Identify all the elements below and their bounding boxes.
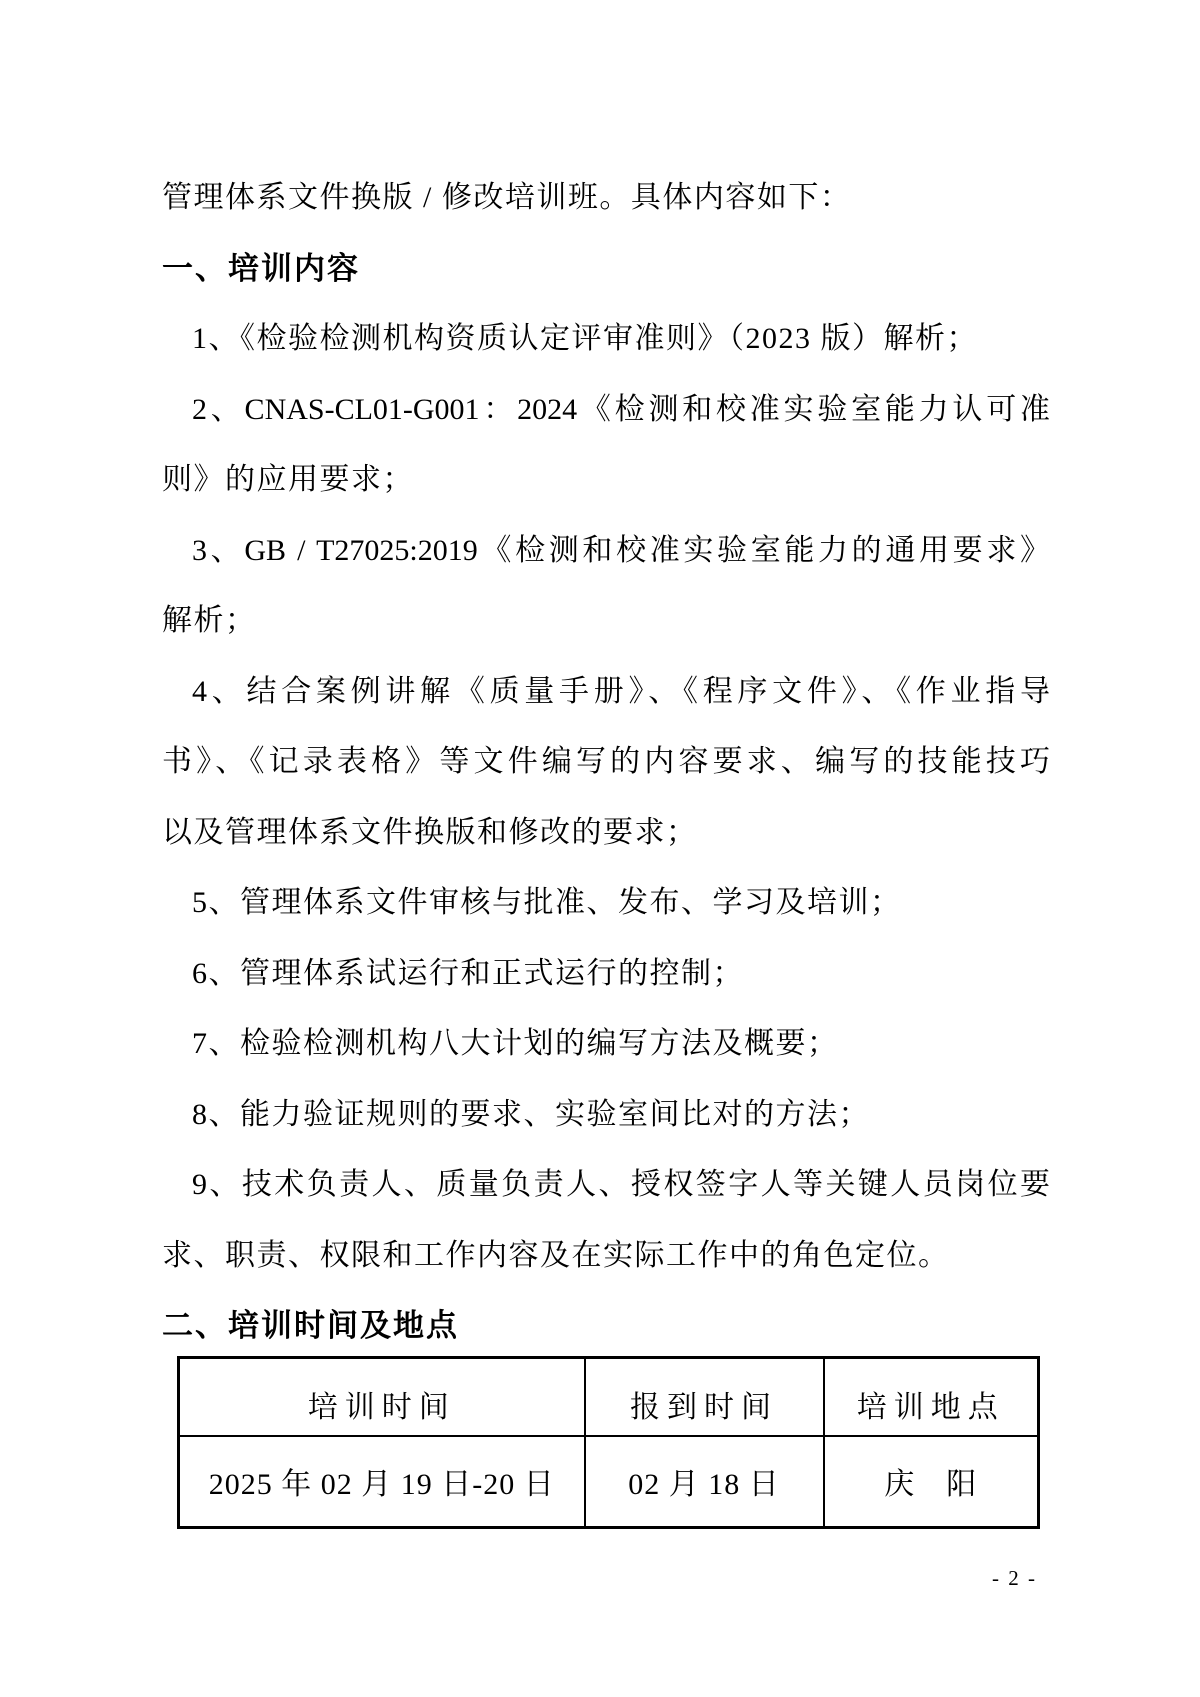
intro-line: 管理体系文件换版 / 修改培训班。具体内容如下： [162, 163, 1050, 234]
schedule-table-data-row: 2025 年 02 月 19 日-20 日 02 月 18 日 庆 阳 [179, 1436, 1039, 1527]
content-line-5: 解析； [162, 586, 1050, 657]
page-number: - 2 - [992, 1566, 1037, 1591]
section2-heading: 二、培训时间及地点 [162, 1291, 1050, 1362]
content-line-14: 求、职责、权限和工作内容及在实际工作中的角色定位。 [162, 1221, 1050, 1292]
content-line-7: 书》、《记录表格》等文件编写的内容要求、编写的技能技巧 [162, 727, 1050, 798]
table-cell-checkin-time: 02 月 18 日 [585, 1436, 824, 1527]
document-content: 管理体系文件换版 / 修改培训班。具体内容如下： 一、培训内容 1、《检验检测机… [162, 163, 1050, 1529]
content-line-10: 6、管理体系试运行和正式运行的控制； [162, 939, 1050, 1010]
table-header-checkin-time: 报到时间 [585, 1357, 824, 1436]
document-page: 管理体系文件换版 / 修改培训班。具体内容如下： 一、培训内容 1、《检验检测机… [0, 0, 1200, 1697]
content-line-4: 3、GB / T27025:2019《检测和校准实验室能力的通用要求》 [162, 516, 1050, 587]
content-line-2: 2、CNAS-CL01-G001：2024《检测和校准实验室能力认可准 [162, 375, 1050, 446]
content-line-9: 5、管理体系文件审核与批准、发布、学习及培训； [162, 868, 1050, 939]
content-line-11: 7、检验检测机构八大计划的编写方法及概要； [162, 1009, 1050, 1080]
section1-heading: 一、培训内容 [162, 234, 1050, 305]
content-line-13: 9、技术负责人、质量负责人、授权签字人等关键人员岗位要 [162, 1150, 1050, 1221]
content-line-6: 4、结合案例讲解《质量手册》、《程序文件》、《作业指导 [162, 657, 1050, 728]
content-line-8: 以及管理体系文件换版和修改的要求； [162, 798, 1050, 869]
content-line-1: 1、《检验检测机构资质认定评审准则》（2023 版）解析； [162, 304, 1050, 375]
table-cell-training-time: 2025 年 02 月 19 日-20 日 [179, 1436, 585, 1527]
schedule-table-header-row: 培训时间 报到时间 培训地点 [179, 1357, 1039, 1436]
content-line-12: 8、能力验证规则的要求、实验室间比对的方法； [162, 1080, 1050, 1151]
schedule-table: 培训时间 报到时间 培训地点 2025 年 02 月 19 日-20 日 02 … [177, 1356, 1040, 1529]
table-header-location: 培训地点 [824, 1357, 1039, 1436]
content-line-3: 则》的应用要求； [162, 445, 1050, 516]
table-cell-location: 庆 阳 [824, 1436, 1039, 1527]
table-header-training-time: 培训时间 [179, 1357, 585, 1436]
